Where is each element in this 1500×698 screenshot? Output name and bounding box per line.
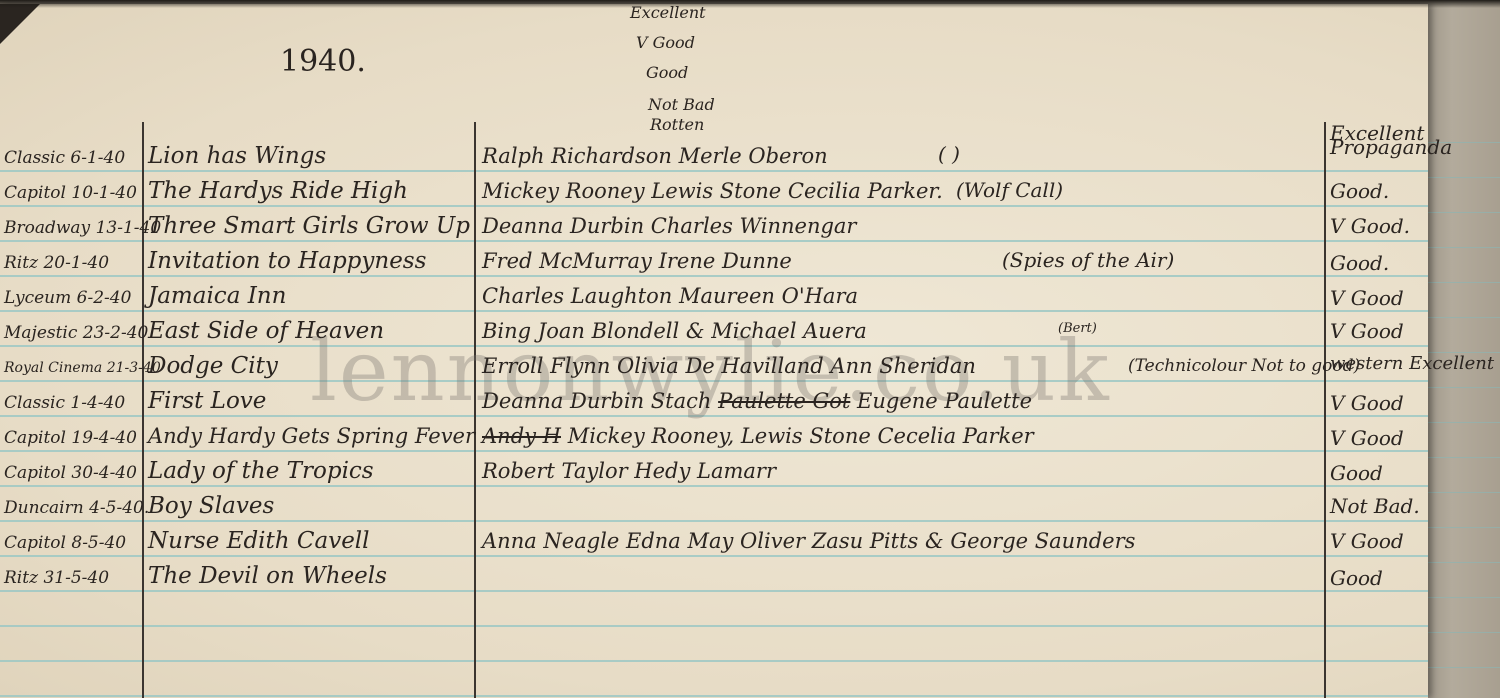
entry-film: Andy Hardy Gets Spring Fever	[148, 422, 475, 450]
entry-rating: Good	[1330, 564, 1383, 592]
entry-film: First Love	[148, 387, 266, 415]
entry-rating: V Good	[1330, 317, 1404, 345]
entry-venue-date: Broadway 13-1-40	[4, 214, 142, 242]
column-rule-rating	[1324, 122, 1326, 698]
entry-film: Lion has Wings	[148, 142, 326, 170]
entry-rating: V Good	[1330, 389, 1404, 417]
entry-rating: V Good	[1330, 527, 1404, 555]
entry-venue-date: Ritz 20-1-40	[4, 249, 142, 277]
ruled-line	[0, 345, 1428, 347]
entry-venue-date: Classic 6-1-40	[4, 144, 142, 172]
entry-rating: Good.	[1330, 249, 1389, 277]
entry-cast: Erroll Flynn Olivia De Havilland Ann She…	[482, 352, 976, 380]
entry-film: Boy Slaves	[148, 492, 274, 520]
ruled-line	[0, 310, 1428, 312]
entry-film: Lady of the Tropics	[148, 457, 374, 485]
entry-note: (Technicolour Not to good)	[1128, 352, 1360, 380]
entry-rating: western Excellent	[1330, 350, 1494, 378]
ruled-line	[0, 555, 1428, 557]
ruled-line	[0, 380, 1428, 382]
entry-cast: Anna Neagle Edna May Oliver Zasu Pitts &…	[482, 527, 1135, 555]
legend-rotten: Rotten	[650, 116, 704, 134]
entry-rating: Good	[1330, 459, 1383, 487]
year-heading: 1940.	[280, 48, 366, 76]
column-rule-venue	[142, 122, 144, 698]
ledger-page: lennonwylie.co.uk 1940. Excellent V Good…	[0, 4, 1428, 698]
entry-venue-date: Capitol 30-4-40	[4, 459, 142, 487]
entry-film: The Hardys Ride High	[148, 177, 408, 205]
entry-rating: V Good	[1330, 284, 1404, 312]
column-rule-film	[474, 122, 476, 698]
entry-venue-date: Lyceum 6-2-40	[4, 284, 142, 312]
entry-cast: Deanna Durbin Charles Winnengar	[482, 212, 856, 240]
entry-venue-date: Capitol 8-5-40	[4, 529, 142, 557]
entry-rating: Good.	[1330, 177, 1389, 205]
legend-good: Good	[646, 64, 688, 82]
entry-venue-date: Royal Cinema 21-3-40	[4, 354, 142, 382]
entry-film: The Devil on Wheels	[148, 562, 387, 590]
entry-venue-date: Ritz 31-5-40	[4, 564, 142, 592]
entry-rating: V Good.	[1330, 212, 1410, 240]
ruled-line	[0, 170, 1428, 172]
entry-cast: Charles Laughton Maureen O'Hara	[482, 282, 858, 310]
entry-film: Jamaica Inn	[148, 282, 286, 310]
ruled-line	[0, 275, 1428, 277]
entry-rating: Not Bad.	[1330, 492, 1420, 520]
photo-corner	[0, 4, 40, 44]
binding-shadow	[0, 0, 1500, 8]
entry-film: Invitation to Happyness	[148, 247, 426, 275]
entry-cast: Deanna Durbin Stach Paulette Got Eugene …	[482, 387, 1032, 415]
ruled-line	[0, 590, 1428, 592]
entry-cast: Robert Taylor Hedy Lamarr	[482, 457, 776, 485]
entry-venue-date: Classic 1-4-40	[4, 389, 142, 417]
entry-note: ( )	[938, 140, 960, 168]
entry-note: (Wolf Call)	[956, 176, 1063, 204]
entry-venue-date: Capitol 19-4-40	[4, 424, 142, 452]
entry-cast: Fred McMurray Irene Dunne	[482, 247, 792, 275]
entry-cast: Ralph Richardson Merle Oberon	[482, 142, 828, 170]
entry-cast: Mickey Rooney Lewis Stone Cecilia Parker…	[482, 177, 943, 205]
entry-rating: V Good	[1330, 424, 1404, 452]
entry-cast: Andy H Mickey Rooney, Lewis Stone Ceceli…	[482, 422, 1034, 450]
entry-film: Dodge City	[148, 352, 278, 380]
ruled-line	[0, 205, 1428, 207]
legend-v-good: V Good	[636, 34, 695, 52]
legend-not-bad: Not Bad	[648, 96, 715, 114]
ruled-line	[0, 660, 1428, 662]
entry-film: Nurse Edith Cavell	[148, 527, 370, 555]
struck-text: Andy H	[482, 424, 561, 448]
next-page-edge	[1420, 0, 1500, 698]
struck-text: Paulette Got	[718, 389, 850, 413]
entry-venue-date: Duncairn 4-5-40.	[4, 494, 142, 522]
ruled-line	[0, 450, 1428, 452]
ruled-line	[0, 240, 1428, 242]
entry-film: East Side of Heaven	[148, 317, 384, 345]
entry-note: (Spies of the Air)	[1002, 246, 1174, 274]
entry-rating: Excellent Propaganda	[1330, 126, 1426, 154]
ruled-line	[0, 485, 1428, 487]
ruled-line	[0, 625, 1428, 627]
ruled-line	[0, 520, 1428, 522]
entry-note: (Bert)	[1058, 322, 1097, 336]
entry-film: Three Smart Girls Grow Up	[148, 212, 470, 240]
ruled-line	[0, 695, 1428, 697]
entry-cast: Bing Joan Blondell & Michael Auera	[482, 317, 867, 345]
entry-venue-date: Majestic 23-2-40	[4, 319, 142, 347]
entry-venue-date: Capitol 10-1-40	[4, 179, 142, 207]
ruled-line	[0, 415, 1428, 417]
